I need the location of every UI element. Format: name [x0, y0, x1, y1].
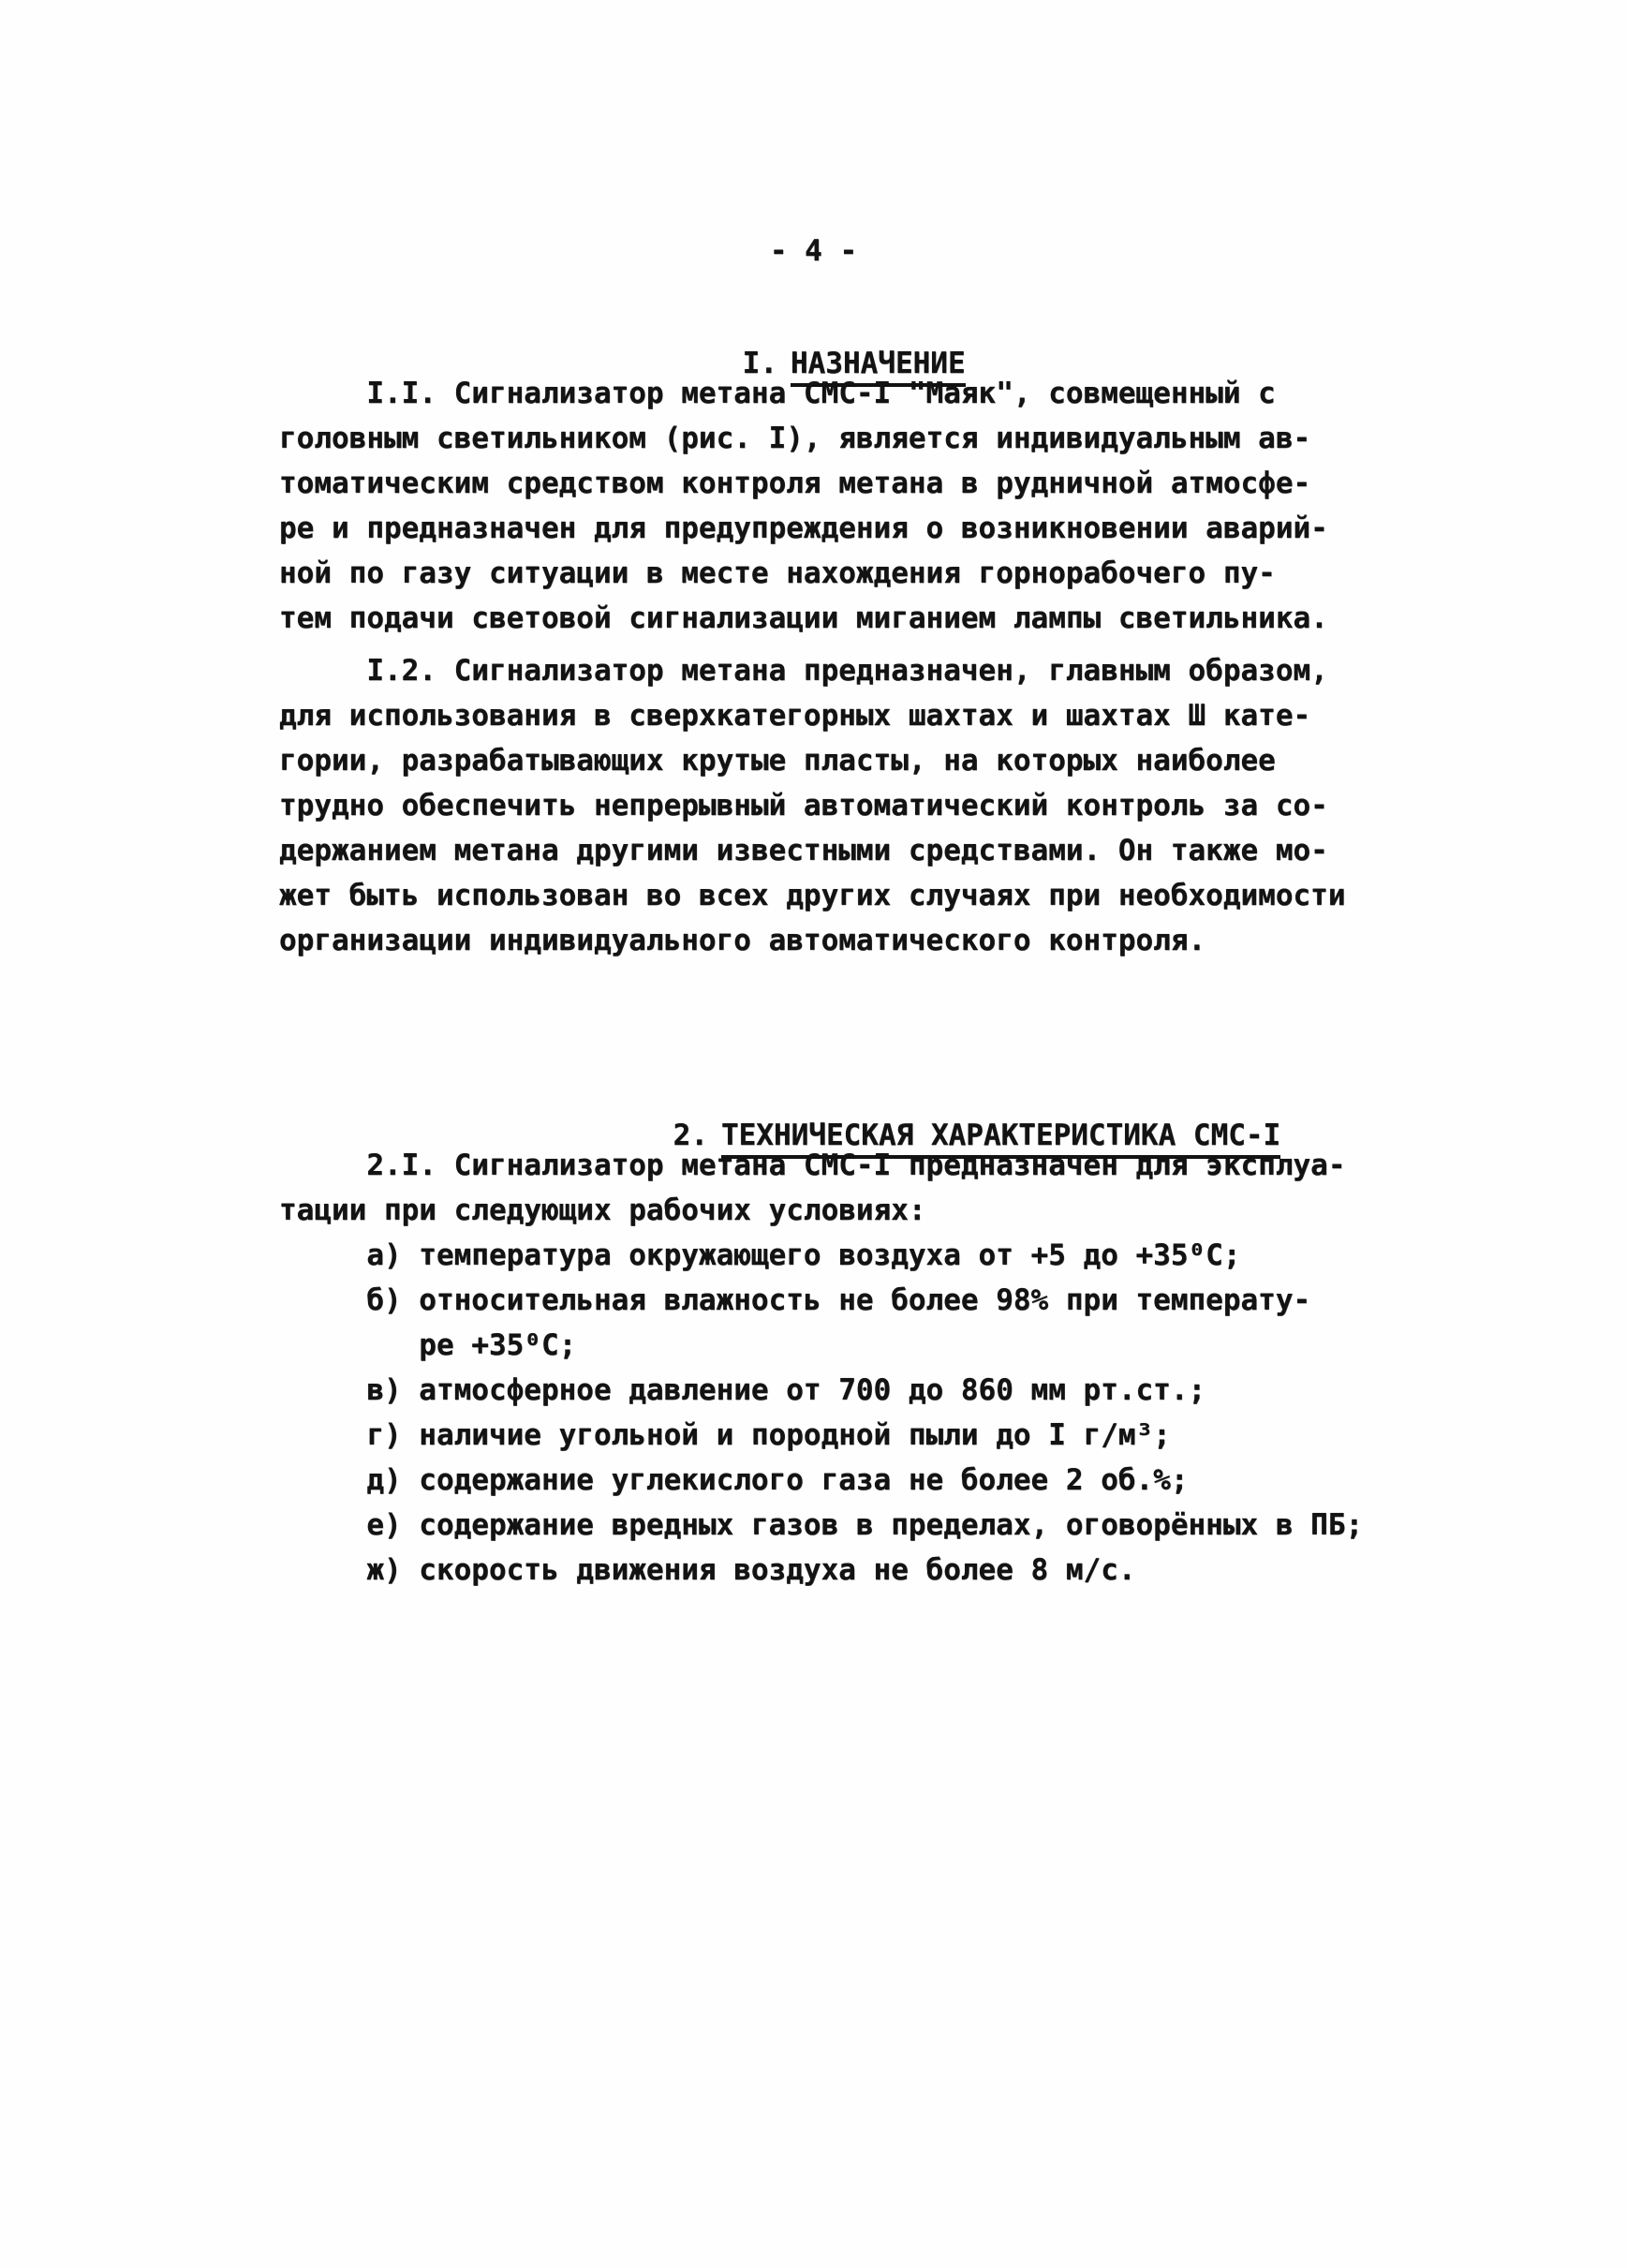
paragraph-1-1: I.I. Сигнализатор метана СМС-I "Маяк", с… [279, 371, 1328, 641]
list-item-line: ж) скорость движения воздуха не более 8 … [279, 1548, 1363, 1593]
text-line: головным светильником (рис. I), является… [279, 416, 1328, 461]
list-item-line: а) температура окружающего воздуха от +5… [279, 1233, 1363, 1278]
text-line: 2.I. Сигнализатор метана СМС-I предназна… [279, 1143, 1345, 1188]
text-line: тем подачи световой сигнализации мигание… [279, 596, 1328, 641]
text-line: ной по газу ситуации в месте нахождения … [279, 551, 1328, 596]
paragraph-2-1: 2.I. Сигнализатор метана СМС-I предназна… [279, 1143, 1345, 1233]
list-item-line: в) атмосферное давление от 700 до 860 мм… [279, 1368, 1363, 1413]
text-line: трудно обеспечить непрерывный автоматиче… [279, 783, 1345, 828]
document-page: - 4 - I.НАЗНАЧЕНИЕ I.I. Сигнализатор мет… [0, 0, 1627, 2268]
text-line: ре и предназначен для предупреждения о в… [279, 506, 1328, 551]
text-line: жет быть использован во всех других случ… [279, 873, 1345, 918]
list-item-line: ре +35⁰С; [279, 1323, 1363, 1368]
paragraph-1-2: I.2. Сигнализатор метана предназначен, г… [279, 648, 1345, 963]
list-item-line: г) наличие угольной и породной пыли до I… [279, 1413, 1363, 1458]
text-line: тации при следующих рабочих условиях: [279, 1188, 1345, 1233]
text-line: томатическим средством контроля метана в… [279, 461, 1328, 506]
list-item-line: е) содержание вредных газов в пределах, … [279, 1503, 1363, 1548]
text-line: I.2. Сигнализатор метана предназначен, г… [279, 648, 1345, 693]
text-line: организации индивидуального автоматическ… [279, 918, 1345, 963]
list-item-line: д) содержание углекислого газа не более … [279, 1458, 1363, 1503]
conditions-list: а) температура окружающего воздуха от +5… [279, 1233, 1363, 1593]
text-line: I.I. Сигнализатор метана СМС-I "Маяк", с… [279, 371, 1328, 416]
text-line: для использования в сверхкатегорных шахт… [279, 693, 1345, 738]
page-number: - 4 - [0, 234, 1627, 268]
list-item-line: б) относительная влажность не более 98% … [279, 1278, 1363, 1323]
text-line: гории, разрабатывающих крутые пласты, на… [279, 738, 1345, 783]
text-line: держанием метана другими известными сред… [279, 828, 1345, 873]
